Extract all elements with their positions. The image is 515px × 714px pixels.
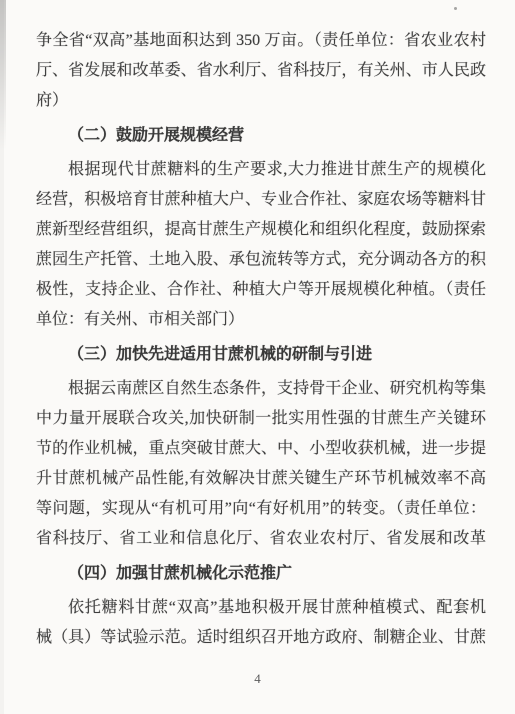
- text-line: 单位：有关州、市相关部门）: [36, 305, 486, 335]
- text-line: 争全省“双高”基地面积达到 350 万亩。（责任单位：省农业农村: [36, 26, 486, 56]
- section-heading: （三）加快先进适用甘蔗机械的研制与引进: [36, 340, 486, 370]
- text-line: 等问题，实现从“有机可用”向“有好机用”的转变。（责任单位：: [36, 494, 486, 524]
- text-line: 依托糖料甘蔗“双高”基地积极开展甘蔗种植模式、配套机: [36, 593, 486, 623]
- text-line: 根据云南蔗区自然生态条件，支持骨干企业、研究机构等集: [36, 374, 486, 404]
- text-line: 厅、省发展和改革委、省水利厅、省科技厅，有关州、市人民政: [36, 56, 486, 86]
- text-line: 省科技厅、省工业和信息化厅、省农业农村厅、省发展和改革委）: [36, 524, 486, 554]
- section-heading: （四）加强甘蔗机械化示范推广: [36, 559, 486, 589]
- text-line: 极性，支持企业、合作社、种植大户等开展规模化种植。（责任: [36, 275, 486, 305]
- text-line: 械（具）等试验示范。适时组织召开地方政府、制糖企业、甘蔗: [36, 623, 486, 653]
- section-heading: （二）鼓励开展规模经营: [36, 121, 486, 151]
- text-line: 经营，积极培育甘蔗种植大户、专业合作社、家庭农场等糖料甘: [36, 185, 486, 215]
- text-line: 节的作业机械，重点突破甘蔗大、中、小型收获机械，进一步提: [36, 434, 486, 464]
- document-body: 争全省“双高”基地面积达到 350 万亩。（责任单位：省农业农村 厅、省发展和改…: [36, 26, 486, 653]
- text-line: 中力量开展联合攻关,加快研制一批实用性强的甘蔗生产关键环: [36, 404, 486, 434]
- page-number: 4: [0, 670, 515, 688]
- scan-edge-soft-shadow: [0, 0, 4, 714]
- text-line: 蔗新型经营组织，提高甘蔗生产规模化和组织化程度，鼓励探索: [36, 215, 486, 245]
- text-line: 府）: [36, 86, 486, 116]
- text-line: 升甘蔗机械产品性能,有效解决甘蔗关键生产环节机械效率不高: [36, 464, 486, 494]
- scan-speck: [454, 7, 457, 10]
- text-line: 蔗园生产托管、土地入股、承包流转等方式，充分调动各方的积: [36, 245, 486, 275]
- text-line: 根据现代甘蔗糖料的生产要求,大力推进甘蔗生产的规模化: [36, 155, 486, 185]
- scanned-document-page: 争全省“双高”基地面积达到 350 万亩。（责任单位：省农业农村 厅、省发展和改…: [0, 0, 515, 714]
